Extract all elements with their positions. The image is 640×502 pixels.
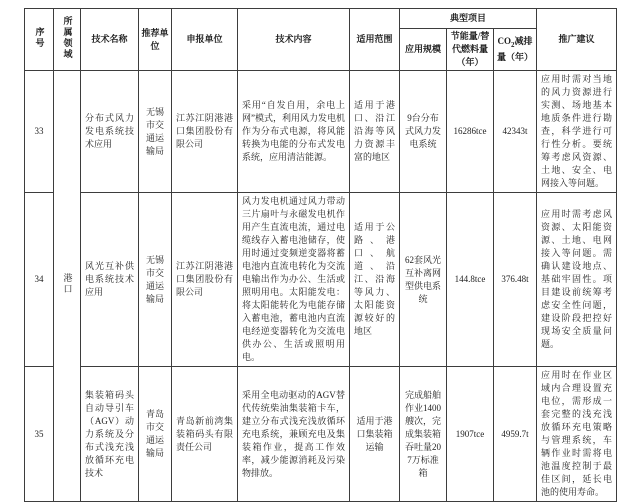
- cell-saving: 16286tce: [447, 71, 494, 193]
- cell-scale: 完成船舶作业1400艘次，完成集装箱吞吐量207万标准箱: [400, 367, 447, 418]
- cell-suggestion: 应用时需对当地的风力资源进行实测、场地基本地质条件进行勘查，科学进行可行性分析。…: [537, 71, 617, 193]
- cell-suggestion: 应用时需考虑风资源、太阳能资源、土地、电网接入等问题。需确认建设地点、基础牢固性…: [537, 193, 617, 367]
- cell-co2: 376.48t: [494, 193, 537, 367]
- cell-scope: 适用于港口、沿江沿海等风力资源丰富的地区: [350, 71, 400, 193]
- header-tech-content: 技术内容: [238, 9, 350, 71]
- cell-scale: 62套风光互补离网型供电系统: [400, 193, 447, 367]
- cell-scope: 适用于公路、港口、航道、沿江、沿海等风力、太阳能资源较好的地区: [350, 193, 400, 367]
- header-co2: CO2减排量（年）: [494, 29, 537, 71]
- technology-catalog-table: 序号 所属领域 技术名称 推荐单位 申报单位 技术内容 适用范围 典型项目 推广…: [24, 8, 617, 417]
- cell-serial: 33: [25, 71, 54, 193]
- cell-scope: 适用于港口集装箱运输: [350, 367, 400, 418]
- header-domain-label: 所属领域: [61, 16, 74, 60]
- cell-scale: 9台分布式风力发电系统: [400, 71, 447, 193]
- cell-applicant: 江苏江阴港港口集团股份有限公司: [172, 71, 238, 193]
- header-recommender: 推荐单位: [139, 9, 172, 71]
- header-typical-project: 典型项目: [400, 9, 537, 29]
- header-scale: 应用规模: [400, 29, 447, 71]
- cell-tech-name: 集装箱码头自动导引车（AGV）动力系统及分布式浅充浅放循环充电技术: [81, 367, 139, 418]
- domain-value-label: 港口: [61, 273, 74, 295]
- cell-tech-name: 风光互补供电系统技术应用: [81, 193, 139, 367]
- cell-co2: 42343t: [494, 71, 537, 193]
- document-page: 序号 所属领域 技术名称 推荐单位 申报单位 技术内容 适用范围 典型项目 推广…: [24, 8, 617, 417]
- header-serial-label: 序号: [33, 27, 46, 49]
- cell-applicant: 江苏江阴港港口集团股份有限公司: [172, 193, 238, 367]
- header-co2-prefix: CO: [497, 36, 511, 46]
- cell-tech-content: 风力发电机通过风力带动三片扇叶与永磁发电机作用产生直流电流，通过电缆线存入蓄电池…: [238, 193, 350, 367]
- cell-co2: 4959.7t: [494, 367, 537, 418]
- cell-suggestion: 应用时在作业区域内合理设置充电位，需形成一套完整的浅充浅放循环充电策略与管理系统…: [537, 367, 617, 418]
- cell-recommender: 无锡市交通运输局: [139, 193, 172, 367]
- table-row: 34 风光互补供电系统技术应用 无锡市交通运输局 江苏江阴港港口集团股份有限公司…: [25, 193, 617, 367]
- cell-applicant: 青岛新前湾集装箱码头有限责任公司: [172, 367, 238, 418]
- cell-saving: 144.8tce: [447, 193, 494, 367]
- cell-domain-merged: 港口: [54, 71, 81, 418]
- cell-tech-name: 分布式风力发电系统技术应用: [81, 71, 139, 193]
- cell-tech-content: 采用全电动驱动的AGV替代传统柴油集装箱卡车，建立分布式浅充浅放循环充电系统，兼…: [238, 367, 350, 418]
- cell-recommender: 无锡市交通运输局: [139, 71, 172, 193]
- table-row: 33 港口 分布式风力发电系统技术应用 无锡市交通运输局 江苏江阴港港口集团股份…: [25, 71, 617, 193]
- header-scope: 适用范围: [350, 9, 400, 71]
- cell-serial: 34: [25, 193, 54, 367]
- table-row: 35 集装箱码头自动导引车（AGV）动力系统及分布式浅充浅放循环充电技术 青岛市…: [25, 367, 617, 418]
- header-suggestion: 推广建议: [537, 9, 617, 71]
- cell-recommender: 青岛市交通运输局: [139, 367, 172, 418]
- cell-saving: 1907tce: [447, 367, 494, 418]
- header-tech-name: 技术名称: [81, 9, 139, 71]
- header-serial: 序号: [25, 9, 54, 71]
- cell-serial: 35: [25, 367, 54, 418]
- cell-tech-content: 采用“自发自用，余电上网”模式，利用风力发电机作为分布式电源，将风能转换为电能的…: [238, 71, 350, 193]
- header-applicant: 申报单位: [172, 9, 238, 71]
- header-saving: 节能量/替代燃料量（年）: [447, 29, 494, 71]
- header-domain: 所属领域: [54, 9, 81, 71]
